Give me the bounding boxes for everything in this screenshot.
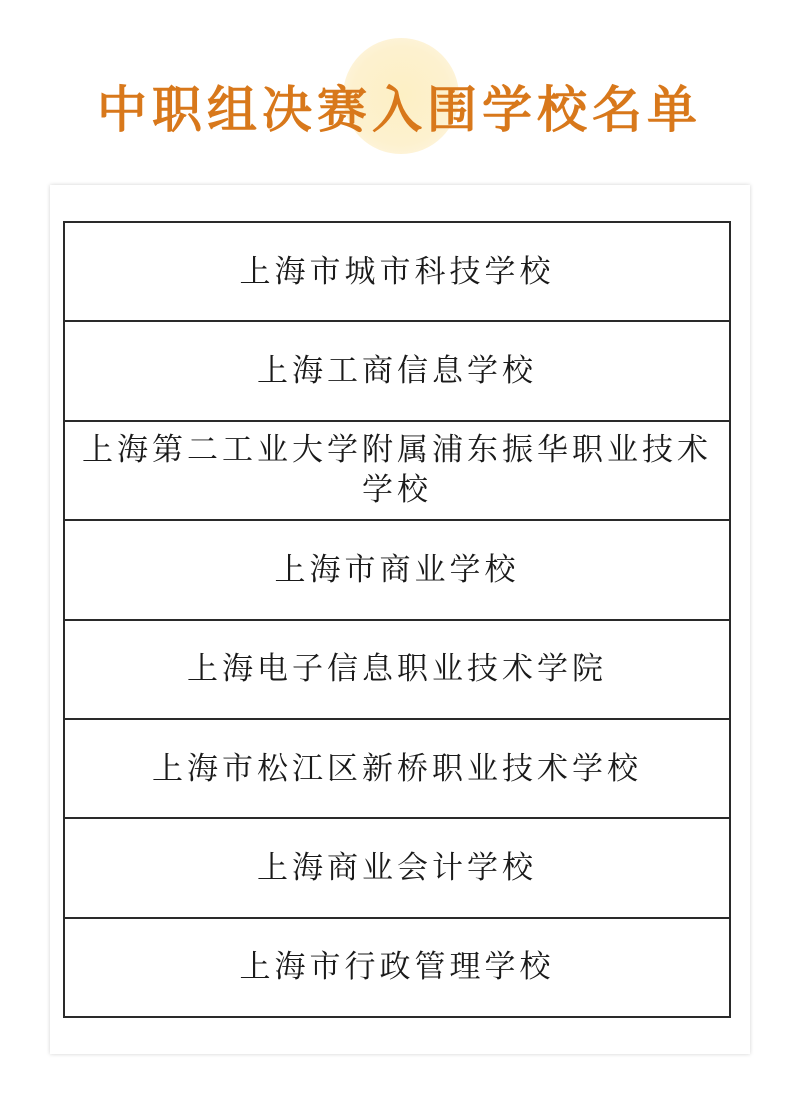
table-row: 上海商业会计学校	[65, 819, 729, 918]
table-row: 上海工商信息学校	[65, 322, 729, 421]
page-title: 中职组决赛入围学校名单	[0, 78, 799, 142]
school-table: 上海市城市科技学校 上海工商信息学校 上海第二工业大学附属浦东振华职业技术学校 …	[63, 221, 731, 1018]
table-row: 上海电子信息职业技术学院	[65, 621, 729, 720]
table-row: 上海第二工业大学附属浦东振华职业技术学校	[65, 422, 729, 521]
table-row: 上海市松江区新桥职业技术学校	[65, 720, 729, 819]
table-row: 上海市城市科技学校	[65, 223, 729, 322]
table-row: 上海市行政管理学校	[65, 919, 729, 1016]
table-row: 上海市商业学校	[65, 521, 729, 620]
